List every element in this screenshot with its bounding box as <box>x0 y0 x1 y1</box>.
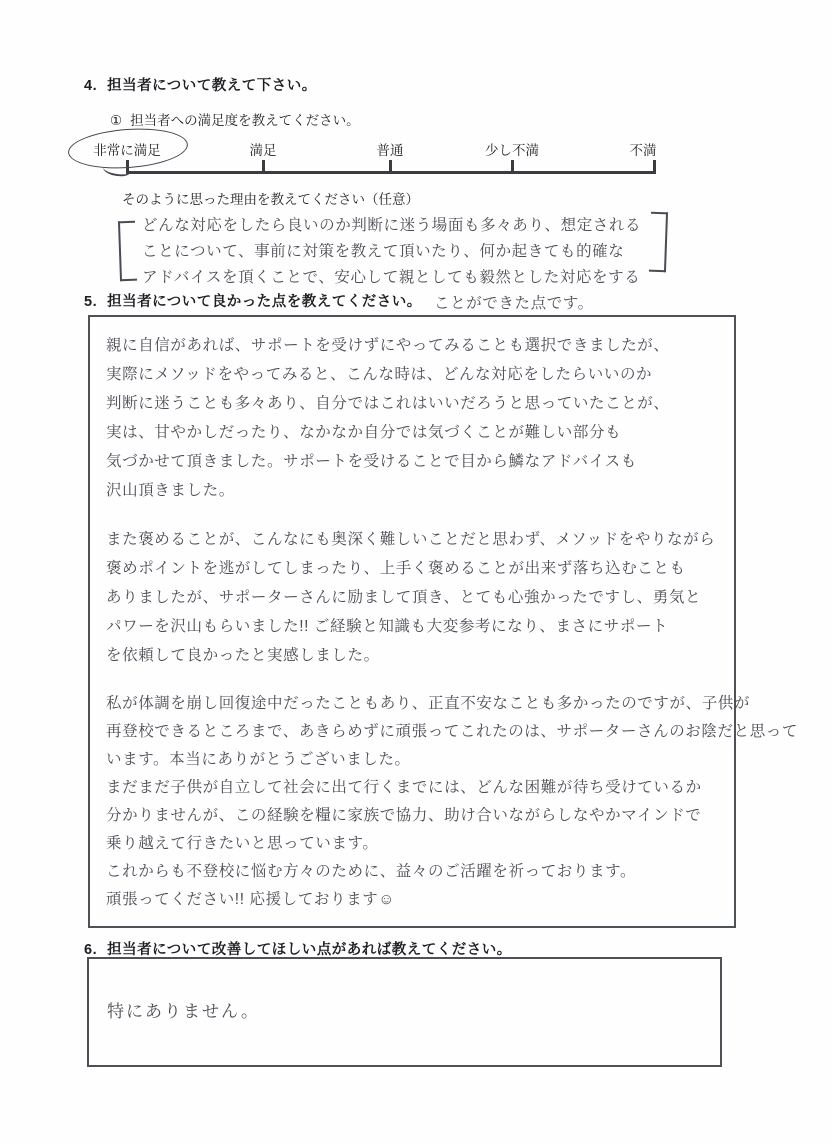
answer-line: ことができた点です。 <box>434 291 647 317</box>
question-4-heading: 4.担当者について教えて下さい。 <box>84 74 317 95</box>
scale-option-dissatisfied: 不満 <box>630 139 657 159</box>
question-5-number: 5. <box>84 294 97 310</box>
answer-line: アドバイスを頂くことで、安心して親としても毅然とした対応をする <box>142 265 647 291</box>
question-5-title: 担当者について良かった点を教えてください。 <box>107 294 422 310</box>
question-6-answer-box: 特にありません。 <box>87 957 722 1067</box>
answer-line: 私が体調を崩し回復途中だったこともあり、正直不安なことも多かったのですが、子供が <box>106 690 722 718</box>
answer-line: 親に自信があれば、サポートを受けずにやってみることも選択できましたが、 <box>106 331 722 360</box>
answer-line: まだまだ子供が自立して社会に出て行くまでには、どんな困難が待ち受けているか <box>106 774 722 802</box>
answer-line: 頑張ってください!! 応援しております☺ <box>106 886 722 914</box>
answer-paragraph: また褒めることが、こんなにも奥深く難しいことだと思わず、メソッドをやりながら 褒… <box>106 525 722 670</box>
scale-tick <box>653 160 656 174</box>
answer-line: これからも不登校に悩む方々のために、益々のご活躍を祈っております。 <box>106 858 722 886</box>
answer-line: 実際にメソッドをやってみると、こんな時は、どんな対応をしたらいいのか <box>106 360 722 389</box>
answer-line: ありましたが、サポーターさんに励まして頂き、とても心強かったですし、勇気と <box>106 583 722 612</box>
answer-line: を依頼して良かったと実感しました。 <box>106 641 722 670</box>
answer-line: パワーを沢山もらいました!! ご経験と知識も大変参考になり、まさにサポート <box>106 612 722 641</box>
answer-line: 気づかせて頂きました。サポートを受けることで目から鱗なアドバイスも <box>106 447 722 476</box>
answer-paragraph: 私が体調を崩し回復途中だったこともあり、正直不安なことも多かったのですが、子供が… <box>106 690 722 914</box>
answer-line: 再登校できるところまで、あきらめずに頑張ってこれたのは、サポーターさんのお陰だと… <box>106 718 722 746</box>
answer-line: 分かりませんが、この経験を糧に家族で協力、助け合いながらしなやかマインドで <box>106 802 722 830</box>
question-4-title: 担当者について教えて下さい。 <box>107 78 317 94</box>
scale-option-neutral: 普通 <box>377 139 404 159</box>
answer-line: います。本当にありがとうございました。 <box>106 746 722 774</box>
scale-option-slightly-dissatisfied: 少し不満 <box>485 139 539 159</box>
question-5-heading: 5.担当者について良かった点を教えてください。 <box>84 290 422 311</box>
answer-line: 褒めポイントを逃がしてしまったり、上手く褒めることが出来ず落ち込むことも <box>106 554 722 583</box>
scale-tick <box>262 160 265 174</box>
question-6-heading: 6.担当者について改善してほしい点があれば教えてください。 <box>84 938 512 959</box>
answer-line: ことについて、事前に対策を教えて頂いたり、何か起きても的確な <box>142 239 647 265</box>
reason-label: そのように思った理由を教えてください（任意） <box>122 188 419 208</box>
question-6-title: 担当者について改善してほしい点があれば教えてください。 <box>107 942 512 958</box>
circled-one-mark: ① <box>110 113 122 128</box>
question-6-number: 6. <box>84 942 97 958</box>
handdrawn-bracket-left <box>118 221 137 282</box>
answer-paragraph: 親に自信があれば、サポートを受けずにやってみることも選択できましたが、 実際にメ… <box>106 331 722 505</box>
scale-tick <box>389 160 392 174</box>
answer-line: また褒めることが、こんなにも奥深く難しいことだと思わず、メソッドをやりながら <box>106 525 722 554</box>
question-4-sub-title: 担当者への満足度を教えてください。 <box>130 113 360 128</box>
question-6-answer: 特にありません。 <box>107 997 260 1022</box>
answer-line: どんな対応をしたら良いのか判断に迷う場面も多々あり、想定される <box>142 213 647 239</box>
answer-line: 実は、甘やかしだったり、なかなか自分では気づくことが難しい部分も <box>106 418 722 447</box>
question-5-answer-box: 親に自信があれば、サポートを受けずにやってみることも選択できましたが、 実際にメ… <box>88 315 736 928</box>
handdrawn-bracket-right <box>649 212 668 273</box>
question-4-sub-heading: ①担当者への満足度を教えてください。 <box>110 109 360 129</box>
scanned-survey-page: 4.担当者について教えて下さい。 ①担当者への満足度を教えてください。 非常に満… <box>0 0 832 1144</box>
question-4-number: 4. <box>84 78 97 94</box>
scale-option-satisfied: 満足 <box>250 139 277 159</box>
handdrawn-circle-tail <box>102 161 131 177</box>
answer-line: 乗り越えて行きたいと思っています。 <box>106 830 722 858</box>
scale-tick <box>511 160 514 174</box>
answer-line: 沢山頂きました。 <box>106 476 722 505</box>
answer-line: 判断に迷うことも多々あり、自分ではこれはいいだろうと思っていたことが、 <box>106 389 722 418</box>
